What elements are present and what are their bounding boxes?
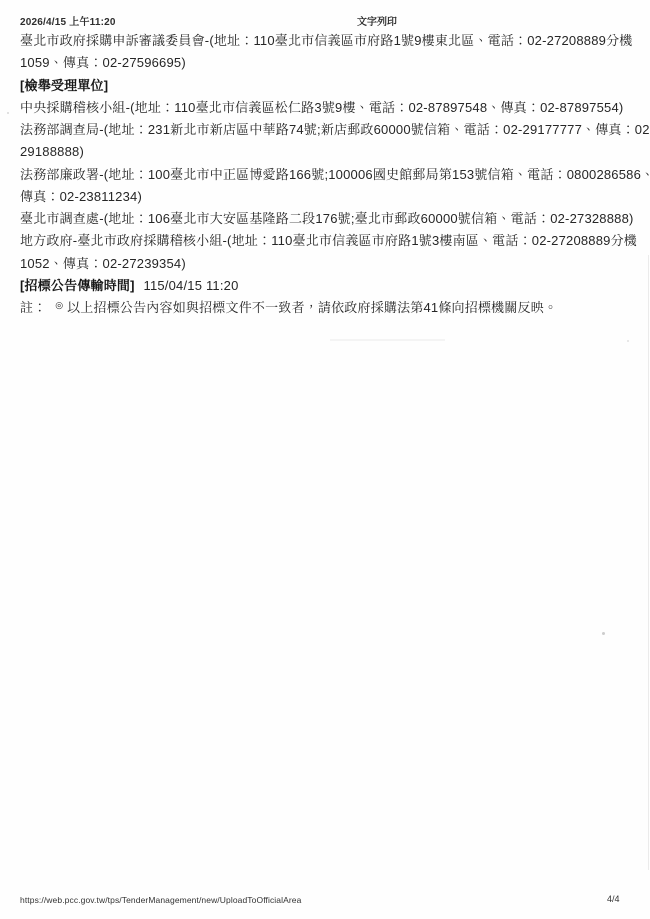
note-line: 註： ◎ 以上招標公告內容如與招標文件不一致者，請依政府採購法第41條向招標機關… — [20, 297, 632, 319]
report-unit-line: 臺北市調查處-(地址：106臺北市大安區基隆路二段176號;臺北市郵政60000… — [20, 208, 632, 230]
transmission-time-value: 115/04/15 11:20 — [143, 278, 238, 293]
transmission-time-label: [招標公告傳輸時間] — [20, 278, 135, 293]
print-page-title: 文字列印 — [357, 13, 397, 28]
note-text: 以上招標公告內容如與招標文件不一致者，請依政府採購法第41條向招標機關反映。 — [67, 300, 557, 315]
note-marker-symbol: ◎ — [55, 300, 63, 310]
document-body: 臺北市政府採購申訴審議委員會-(地址：110臺北市信義區市府路1號9樓東北區、電… — [20, 30, 632, 319]
report-units-heading: [檢舉受理單位] — [20, 75, 632, 97]
transmission-time-line: [招標公告傳輸時間] 115/04/15 11:20 — [20, 275, 632, 297]
report-unit-line: 地方政府-臺北市政府採購稽核小組-(地址：110臺北市信義區市府路1號3樓南區、… — [20, 230, 632, 252]
report-unit-line: 29188888) — [20, 141, 632, 163]
scan-speck — [602, 632, 605, 635]
scan-streak — [330, 339, 445, 341]
appeal-committee-line-2: 1059、傳真：02-27596695) — [20, 52, 632, 74]
scan-edge-line — [648, 255, 649, 870]
scan-speck — [7, 112, 9, 114]
printed-datetime: 2026/4/15 上午11:20 — [20, 13, 116, 28]
report-unit-line: 法務部調查局-(地址：231新北市新店區中華路74號;新店郵政60000號信箱、… — [20, 119, 632, 141]
footer-page-indicator: 4/4 — [607, 894, 620, 904]
report-unit-line: 法務部廉政署-(地址：100臺北市中正區博愛路166號;100006國史館郵局第… — [20, 164, 632, 186]
report-unit-line: 中央採購稽核小組-(地址：110臺北市信義區松仁路3號9樓、電話：02-8789… — [20, 97, 632, 119]
printed-document-page: 2026/4/15 上午11:20 文字列印 臺北市政府採購申訴審議委員會-(地… — [0, 0, 650, 919]
report-unit-line: 傳真：02-23811234) — [20, 186, 632, 208]
report-unit-line: 1052、傳真：02-27239354) — [20, 253, 632, 275]
note-prefix: 註： — [20, 300, 46, 315]
footer-source-url: https://web.pcc.gov.tw/tps/TenderManagem… — [20, 895, 301, 905]
appeal-committee-line-1: 臺北市政府採購申訴審議委員會-(地址：110臺北市信義區市府路1號9樓東北區、電… — [20, 30, 632, 52]
scan-speck — [627, 340, 629, 342]
